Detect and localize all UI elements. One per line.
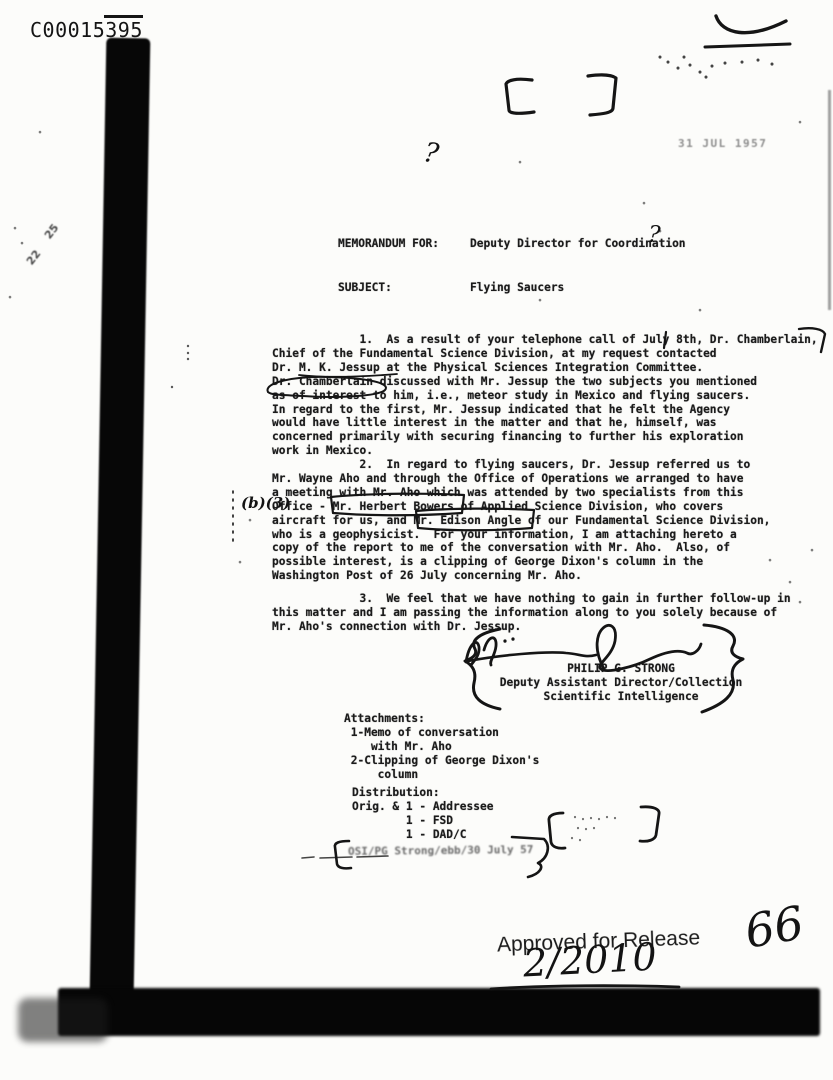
speckles-top-right (660, 57, 772, 77)
scanned-memo-page: C00015395 31 JUL 1957 MEMORANDUM FOR: De… (0, 0, 833, 1080)
pen-bracket-origin-right (512, 837, 548, 877)
pen-bracket-top-right (588, 75, 616, 115)
speckles-general (10, 122, 812, 602)
pen-curve-top-right (716, 16, 786, 33)
pen-annotations-overlay (0, 0, 833, 1080)
pen-box-angle (416, 509, 534, 531)
pen-hook-line-end (799, 328, 825, 352)
pen-bracket-dist-right (640, 807, 659, 841)
pen-bracket-dist-left (549, 813, 565, 848)
speckles-left-margin (172, 346, 188, 387)
pen-line-top-right (705, 44, 790, 47)
speckles-dist-bracket (572, 817, 615, 840)
pen-dashes-bottom-left (302, 856, 388, 858)
pen-bracket-origin-left (335, 841, 351, 868)
pen-tick-before-chamberlain (664, 332, 666, 348)
pen-box-bowers (331, 494, 464, 516)
pen-circle-chamberlain (268, 377, 386, 397)
pen-underline-release-date (491, 986, 679, 989)
pen-signature-scrawl (466, 625, 701, 670)
pen-bracket-top-left (506, 79, 534, 113)
pen-brace-right-signature (702, 625, 743, 712)
